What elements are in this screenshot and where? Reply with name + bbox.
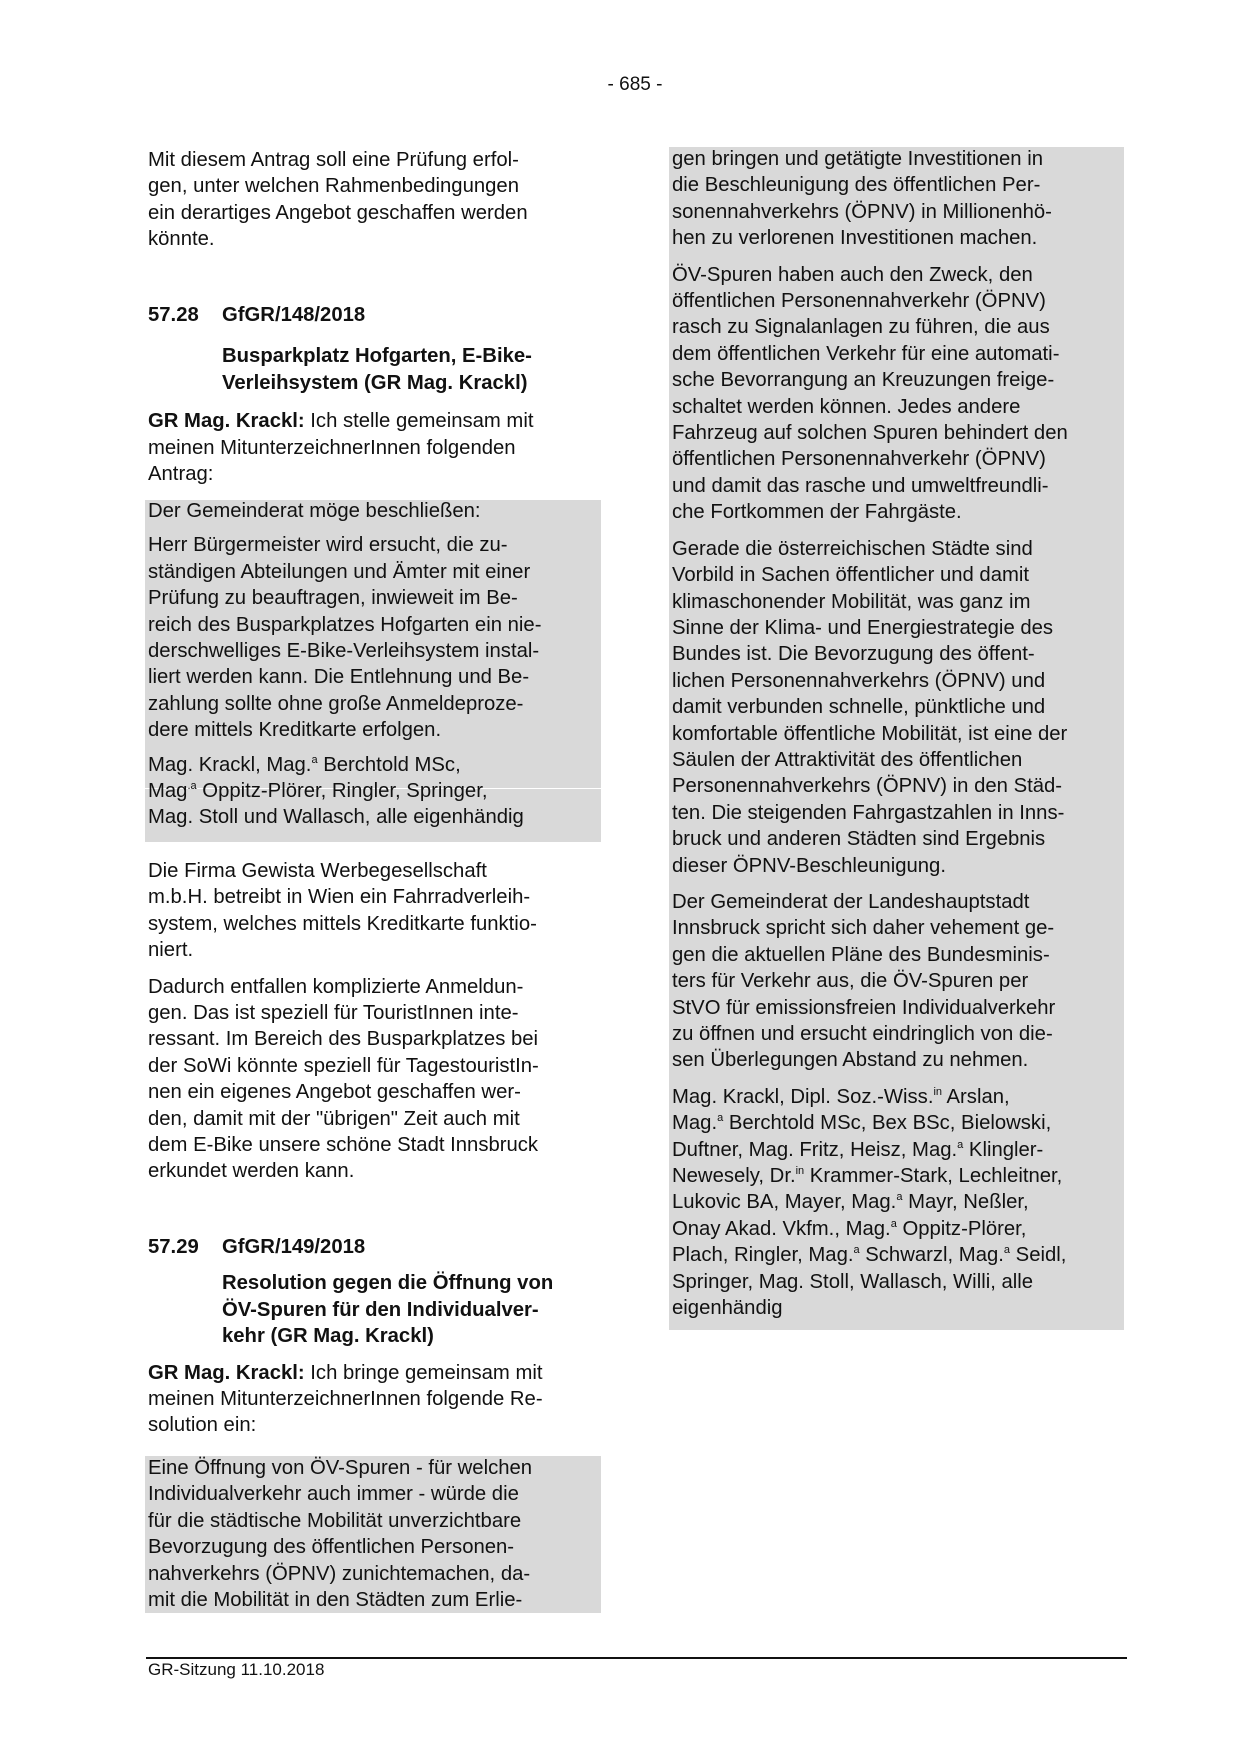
signatures-57-29: Mag. Krackl, Dipl. Soz.-Wiss.in Arslan, … — [672, 1084, 1122, 1322]
right-paragraph-1: gen bringen und getätigte Investitionen … — [672, 146, 1122, 252]
right-paragraph-3: Gerade die österreichischen Städte sind … — [672, 536, 1122, 879]
signatures-57-28: Mag. Krackl, Mag.a Berchtold MSc, Mag.a … — [148, 752, 598, 831]
item-57-28: 57.28GfGR/148/2018 Busparkplatz Hofgarte… — [148, 302, 598, 487]
speaker-paragraph: GR Mag. Krackl: Ich bringe gemeinsam mit… — [148, 1360, 598, 1439]
left-column: Mit diesem Antrag soll eine Prüfung erfo… — [148, 147, 598, 253]
motion-intro: Der Gemeinderat möge beschließen: — [148, 498, 598, 524]
item-title: Resolution gegen die Öffnung von ÖV-Spur… — [222, 1270, 598, 1349]
dadurch-paragraph: Dadurch entfallen komplizierte Anmeldun-… — [148, 974, 598, 1185]
item-reference: GfGR/148/2018 — [222, 304, 365, 326]
speaker-name: GR Mag. Krackl: — [148, 1362, 305, 1384]
signature-line: Mag. Krackl, Mag.a Berchtold MSc, — [148, 752, 598, 778]
page-number: - 685 - — [0, 74, 1241, 96]
right-paragraph-4: Der Gemeinderat der Landeshauptstadt Inn… — [672, 889, 1122, 1074]
signature-line: Springer, Mag. Stoll, Wallasch, Willi, a… — [672, 1269, 1122, 1295]
item-title: Busparkplatz Hofgarten, E-Bike- Verleihs… — [222, 343, 598, 396]
item-number: 57.29 — [148, 1234, 222, 1260]
intro-paragraph: Mit diesem Antrag soll eine Prüfung erfo… — [148, 147, 598, 253]
signature-line: Mag.a Oppitz-Plörer, Ringler, Springer, — [148, 778, 598, 804]
item-57-29: 57.29GfGR/149/2018 Resolution gegen die … — [148, 1234, 598, 1439]
signature-line: Lukovic BA, Mayer, Mag.a Mayr, Neßler, — [672, 1189, 1122, 1215]
explanation-block: Die Firma Gewista Werbegesellschaft m.b.… — [148, 858, 598, 1185]
signature-line: Mag. Stoll und Wallasch, alle eigenhändi… — [148, 804, 598, 830]
motion-text: Herr Bürgermeister wird ersucht, die zu-… — [148, 532, 598, 743]
item-reference: GfGR/149/2018 — [222, 1236, 365, 1258]
right-paragraph-2: ÖV-Spuren haben auch den Zweck, den öffe… — [672, 262, 1122, 526]
item-heading: 57.29GfGR/149/2018 — [148, 1234, 598, 1260]
signature-line: Mag. Krackl, Dipl. Soz.-Wiss.in Arslan, — [672, 1084, 1122, 1110]
footer-rule — [146, 1657, 1127, 1659]
resolution-block: Eine Öffnung von ÖV-Spuren - für welchen… — [148, 1455, 598, 1613]
signature-line: eigenhändig — [672, 1295, 1122, 1321]
signature-line: Duftner, Mag. Fritz, Heisz, Mag.a Klingl… — [672, 1137, 1122, 1163]
gewista-paragraph: Die Firma Gewista Werbegesellschaft m.b.… — [148, 858, 598, 964]
right-column: gen bringen und getätigte Investitionen … — [672, 146, 1122, 1321]
resolution-text: Eine Öffnung von ÖV-Spuren - für welchen… — [148, 1455, 598, 1613]
item-heading: 57.28GfGR/148/2018 — [148, 302, 598, 328]
signature-line: Onay Akad. Vkfm., Mag.a Oppitz-Plörer, — [672, 1216, 1122, 1242]
footer-session-date: GR-Sitzung 11.10.2018 — [148, 1660, 324, 1680]
signature-line: Mag.a Berchtold MSc, Bex BSc, Bielowski, — [672, 1110, 1122, 1136]
signature-line: Newesely, Dr.in Krammer-Stark, Lechleitn… — [672, 1163, 1122, 1189]
speaker-paragraph: GR Mag. Krackl: Ich stelle gemeinsam mit… — [148, 408, 598, 487]
motion-block: Der Gemeinderat möge beschließen: Herr B… — [148, 498, 598, 831]
item-number: 57.28 — [148, 302, 222, 328]
speaker-name: GR Mag. Krackl: — [148, 410, 305, 432]
signature-line: Plach, Ringler, Mag.a Schwarzl, Mag.a Se… — [672, 1242, 1122, 1268]
